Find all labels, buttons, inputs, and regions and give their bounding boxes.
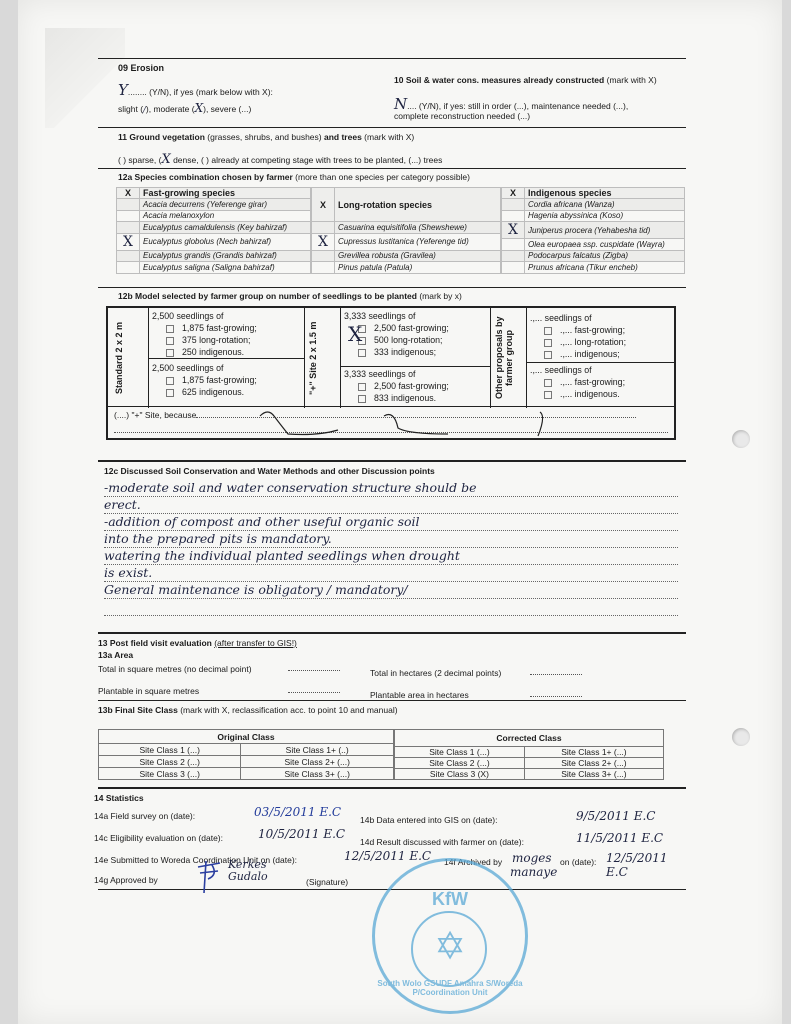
species-name: Eucalyptus camaldulensis (Key bahirzaf)	[140, 222, 311, 234]
species-mark[interactable]: X	[312, 233, 335, 250]
option-text: 833 indigenous.	[374, 393, 436, 403]
swc-title-bold: 10 Soil & water cons. measures already c…	[394, 75, 604, 85]
species-name: Eucalyptus grandis (Grandis bahirzaf)	[140, 250, 311, 262]
species-column-header: Indigenous species	[525, 188, 685, 199]
discussion-line: -moderate soil and water conservation st…	[104, 480, 678, 497]
species-name: Acacia decurrens (Yeferenge girar)	[140, 199, 311, 211]
option-line[interactable]: 2,500 fast-growing;	[344, 380, 449, 392]
swc-line2: complete reconstruction needed (...)	[394, 111, 530, 121]
blank-line[interactable]	[104, 616, 678, 633]
species-column-header: Long-rotation species	[335, 188, 501, 222]
section-09-10: 09 Erosion Y........ (Y/N), if yes (mark…	[98, 58, 686, 127]
gis-entry-date[interactable]: 9/5/2011 E.C	[576, 809, 655, 823]
checkbox-icon[interactable]	[166, 377, 174, 385]
total-sqm-field[interactable]	[288, 670, 340, 671]
species-name: Eucalyptus globolus (Nech bahirzaf)	[140, 233, 311, 250]
swc-line1: .... (Y/N), if yes: still in order (...)…	[407, 101, 628, 111]
vegetation-title-rest: (grasses, shrubs, and bushes)	[207, 132, 321, 142]
species-name: Pinus patula (Patula)	[335, 262, 501, 274]
option-heading: 3,333 seedlings of	[344, 310, 449, 322]
section-13b: 13b Final Site Class (mark with X, recla…	[98, 700, 686, 787]
option-heading: .,... seedlings of	[530, 364, 625, 376]
erosion-answer[interactable]: Y	[118, 81, 128, 99]
species-row[interactable]: Acacia melanoxylon	[117, 210, 311, 222]
plantable-ha-label: Plantable area in hectares	[370, 690, 469, 700]
site-class-row: Site Class 3 (...)Site Class 3+ (...)	[99, 768, 394, 780]
vegetation-options: ( ) sparse, (X dense, ( ) already at com…	[118, 152, 442, 167]
site-class-row: Site Class 2 (...)Site Class 2+ (...)	[99, 756, 394, 768]
eligibility-date[interactable]: 10/5/2011 E.C	[258, 827, 345, 841]
species-name: Cordia africana (Wanza)	[525, 199, 685, 211]
mark-column-header: X	[117, 188, 140, 199]
species-mark[interactable]	[117, 210, 140, 222]
approver-name[interactable]: Kerkes Gudalo	[228, 859, 308, 883]
stamp-logo: KfW	[375, 889, 525, 910]
option-line[interactable]: .,... indigenous.	[530, 388, 625, 400]
species-row[interactable]: Eucalyptus grandis (Grandis bahirzaf)	[117, 250, 311, 262]
species-row[interactable]: Hagenia abyssinica (Koso)	[502, 210, 685, 222]
option-text: 500 long-rotation;	[374, 335, 442, 345]
option-heading: 2,500 seedlings of	[152, 362, 257, 374]
punch-hole	[732, 728, 750, 746]
option-text: 2,500 fast-growing;	[374, 381, 449, 391]
option-line[interactable]: 625 indigenous.	[152, 386, 257, 398]
checkbox-icon[interactable]	[544, 379, 552, 387]
option-text: .,... fast-growing;	[560, 325, 625, 335]
species-name: Grevillea robusta (Gravilea)	[335, 250, 501, 262]
site-class-option[interactable]: Site Class 1+ (...)	[524, 747, 663, 758]
site-class-table: Original Class Site Class 1 (...)Site Cl…	[98, 729, 664, 780]
option-line[interactable]: 1,875 fast-growing;	[152, 374, 257, 386]
option-line[interactable]: 833 indigenous.	[344, 392, 449, 404]
species-mark[interactable]	[117, 250, 140, 262]
species-mark[interactable]	[502, 250, 525, 262]
species-name: Acacia melanoxylon	[140, 210, 311, 222]
original-class-header: Original Class	[99, 730, 394, 744]
species-row[interactable]: Pinus patula (Patula)	[312, 262, 501, 274]
plantable-sqm-field[interactable]	[288, 692, 340, 693]
erosion-severity: slight (/), moderate (X), severe (...)	[118, 101, 251, 115]
post-visit-title-bold: 13 Post field visit evaluation	[98, 638, 212, 648]
option-line[interactable]: .,... long-rotation;	[530, 336, 626, 348]
post-visit-title: 13 Post field visit evaluation (after tr…	[98, 638, 297, 648]
severe-label: ), severe (...)	[203, 104, 251, 114]
species-columns: XFast-growing speciesAcacia decurrens (Y…	[116, 187, 685, 274]
option-line[interactable]: .,... fast-growing;	[530, 376, 625, 388]
site-class-title-bold: 13b Final Site Class	[98, 705, 178, 715]
site-class-option[interactable]: Site Class 1+ (..)	[241, 744, 394, 756]
approver-signature-icon	[194, 855, 226, 895]
vegetation-trees: and trees	[324, 132, 362, 142]
species-mark[interactable]	[312, 222, 335, 234]
checkbox-icon[interactable]	[358, 349, 366, 357]
option-text: 375 long-rotation;	[182, 335, 250, 345]
option-text: 250 indigenous.	[182, 347, 244, 357]
area-title: 13a Area	[98, 650, 133, 660]
option-line[interactable]: .,... indigenous;	[530, 348, 626, 360]
species-name: Prunus africana (Tikur encheb)	[525, 262, 685, 274]
checkbox-icon[interactable]	[544, 327, 552, 335]
species-mark[interactable]	[312, 250, 335, 262]
vegetation-title-bold: 11 Ground vegetation	[118, 132, 205, 142]
vegetation-title: 11 Ground vegetation (grasses, shrubs, a…	[118, 132, 414, 142]
archived-by-name[interactable]: moges	[512, 851, 552, 865]
species-title: 12a Species combination chosen by farmer…	[118, 172, 470, 182]
site-class-option[interactable]: Site Class 1 (...)	[395, 747, 525, 758]
form: 09 Erosion Y........ (Y/N), if yes (mark…	[98, 58, 686, 890]
standard-option-b[interactable]: 2,500 seedlings of1,875 fast-growing;625…	[152, 362, 257, 398]
plantable-sqm-label: Plantable in square metres	[98, 686, 199, 696]
species-row[interactable]: XCupressus lustitanica (Yeferenge tid)	[312, 233, 501, 250]
species-mark[interactable]	[117, 222, 140, 234]
discussion-line: -addition of compost and other useful or…	[104, 514, 678, 531]
plus-option-b[interactable]: 3,333 seedlings of2,500 fast-growing;833…	[344, 368, 449, 404]
species-row[interactable]: Grevillea robusta (Gravilea)	[312, 250, 501, 262]
discussion-line: General maintenance is obligatory / mand…	[104, 582, 678, 599]
approved-by-label: 14g Approved by	[94, 875, 158, 885]
site-class-note: (mark with X, reclassification acc. to p…	[180, 705, 397, 715]
species-name: Eucalyptus saligna (Saligna bahirzaf)	[140, 262, 311, 274]
statistics-title: 14 Statistics	[94, 793, 144, 803]
corrected-class-table: Corrected Class Site Class 1 (...)Site C…	[394, 729, 664, 780]
plus-site-label: "+" Site 2 x 1.5 m	[308, 318, 336, 398]
option-text: 1,875 fast-growing;	[182, 323, 257, 333]
option-text: .,... long-rotation;	[560, 337, 626, 347]
species-mark[interactable]	[502, 199, 525, 211]
archived-by-surname: manaye	[510, 865, 557, 879]
species-row[interactable]: Olea europaea ssp. cuspidate (Wayra)	[502, 239, 685, 251]
discussed-label: 14d Result discussed with farmer on (dat…	[360, 837, 524, 847]
site-class-option[interactable]: Site Class 3 (...)	[99, 768, 241, 780]
species-row[interactable]: Podocarpus falcatus (Zigba)	[502, 250, 685, 262]
checkbox-icon[interactable]	[544, 391, 552, 399]
species-row[interactable]: Eucalyptus saligna (Saligna bahirzaf)	[117, 262, 311, 274]
strike-scribble	[258, 408, 548, 438]
option-line[interactable]: 333 indigenous;	[344, 346, 449, 358]
species-name: Cupressus lustitanica (Yeferenge tid)	[335, 233, 501, 250]
site-class-option[interactable]: Site Class 2 (...)	[99, 756, 241, 768]
section-13a: 13 Post field visit evaluation (after tr…	[98, 632, 686, 700]
species-mark[interactable]	[502, 210, 525, 222]
standard-option-a[interactable]: 2,500 seedlings of1,875 fast-growing;375…	[152, 310, 257, 358]
signature-label: (Signature)	[306, 877, 348, 887]
option-text: 625 indigenous.	[182, 387, 244, 397]
option-line[interactable]: .,... fast-growing;	[530, 324, 626, 336]
total-ha-field[interactable]	[530, 674, 582, 675]
species-row[interactable]: XJuniperus procera (Yehabesha tid)	[502, 222, 685, 239]
option-text: 1,875 fast-growing;	[182, 375, 257, 385]
checkbox-icon[interactable]	[166, 337, 174, 345]
species-mark[interactable]	[312, 262, 335, 274]
checkbox-icon[interactable]	[358, 395, 366, 403]
species-column: XFast-growing speciesAcacia decurrens (Y…	[116, 187, 311, 274]
option-text: 333 indigenous;	[374, 347, 436, 357]
vegetation-note: (mark with X)	[364, 132, 414, 142]
species-mark[interactable]	[502, 262, 525, 274]
discussion-line: into the prepared pits is mandatory.	[104, 531, 678, 548]
erosion-title: 09 Erosion	[118, 63, 164, 73]
discussion-notes[interactable]: -moderate soil and water conservation st…	[104, 480, 678, 633]
site-class-option[interactable]: Site Class 2 (...)	[395, 758, 525, 769]
species-column: XLong-rotation speciesCasuarina equisiti…	[311, 187, 501, 274]
species-row[interactable]: Casuarina equisitifolia (Shewshewe)	[312, 222, 501, 234]
species-row[interactable]: Cordia africana (Wanza)	[502, 199, 685, 211]
discussion-line: erect.	[104, 497, 678, 514]
section-12b: 12b Model selected by farmer group on nu…	[98, 287, 686, 460]
species-mark[interactable]: X	[502, 222, 525, 239]
site-class-option[interactable]: Site Class 1 (...)	[99, 744, 241, 756]
option-heading: .,... seedlings of	[530, 312, 626, 324]
swc-title: 10 Soil & water cons. measures already c…	[394, 75, 657, 85]
total-ha-label: Total in hectares (2 decimal points)	[370, 668, 501, 678]
plus-option-a-mark[interactable]: X	[348, 322, 362, 346]
site-class-row: Site Class 1 (...)Site Class 1+ (...)	[395, 747, 664, 758]
mark-column-header: X	[502, 188, 525, 199]
archived-date[interactable]: 12/5/2011 E.C	[606, 851, 686, 879]
species-row[interactable]: Prunus africana (Tikur encheb)	[502, 262, 685, 274]
eligibility-label: 14c Eligibility evaluation on (date):	[94, 833, 223, 843]
section-14: 14 Statistics 14a Field survey on (date)…	[98, 787, 686, 890]
species-mark[interactable]	[117, 199, 140, 211]
section-11: 11 Ground vegetation (grasses, shrubs, a…	[98, 127, 686, 168]
species-title-bold: 12a Species combination chosen by farmer	[118, 172, 293, 182]
section-12c: 12c Discussed Soil Conservation and Wate…	[98, 460, 686, 632]
option-line[interactable]: 375 long-rotation;	[152, 334, 257, 346]
species-column-header: Fast-growing species	[140, 188, 311, 199]
option-line[interactable]: 1,875 fast-growing;	[152, 322, 257, 334]
species-name: Hagenia abyssinica (Koso)	[525, 210, 685, 222]
other-option-b[interactable]: .,... seedlings of.,... fast-growing;.,.…	[530, 364, 625, 400]
species-row[interactable]: Acacia decurrens (Yeferenge girar)	[117, 199, 311, 211]
species-mark[interactable]	[117, 262, 140, 274]
site-class-option[interactable]: Site Class 3 (X)	[395, 769, 525, 780]
checkbox-icon[interactable]	[544, 339, 552, 347]
moderate-label: ), moderate (	[146, 104, 195, 114]
original-class-table: Original Class Site Class 1 (...)Site Cl…	[98, 729, 394, 780]
species-name: Olea europaea ssp. cuspidate (Wayra)	[525, 239, 685, 251]
site-class-option[interactable]: Site Class 3+ (...)	[241, 768, 394, 780]
model-title: 12b Model selected by farmer group on nu…	[118, 291, 462, 301]
species-mark[interactable]: X	[117, 233, 140, 250]
field-survey-label: 14a Field survey on (date):	[94, 811, 195, 821]
vegetation-rest: dense, ( ) already at competing stage wi…	[171, 155, 443, 165]
total-sqm-label: Total in square metres (no decimal point…	[98, 664, 252, 674]
species-mark[interactable]	[502, 239, 525, 251]
post-visit-note: (after transfer to GIS!)	[214, 638, 297, 648]
corrected-class-header: Corrected Class	[395, 730, 664, 747]
site-class-row: Site Class 1 (...)Site Class 1+ (..)	[99, 744, 394, 756]
species-row[interactable]: XEucalyptus globolus (Nech bahirzaf)	[117, 233, 311, 250]
discussion-title: 12c Discussed Soil Conservation and Wate…	[104, 466, 435, 476]
option-text: 2,500 fast-growing;	[374, 323, 449, 333]
erosion-line1: ........ (Y/N), if yes (mark below with …	[128, 87, 273, 97]
discussed-date[interactable]: 11/5/2011 E.C	[576, 831, 663, 845]
other-proposals-label: Other proposals by farmer group	[494, 314, 522, 402]
option-text: .,... indigenous;	[560, 349, 620, 359]
dense-mark[interactable]: X	[161, 152, 170, 167]
species-note: (more than one species per category poss…	[295, 172, 470, 182]
because-label: (....) "+" Site, because	[114, 410, 196, 420]
checkbox-icon[interactable]	[166, 389, 174, 397]
option-text: .,... indigenous.	[560, 389, 620, 399]
species-name: Casuarina equisitifolia (Shewshewe)	[335, 222, 501, 234]
option-heading: 3,333 seedlings of	[344, 368, 449, 380]
submitted-date[interactable]: 12/5/2011 E.C	[344, 849, 431, 863]
species-name: Juniperus procera (Yehabesha tid)	[525, 222, 685, 239]
other-option-a[interactable]: .,... seedlings of.,... fast-growing;.,.…	[530, 312, 626, 360]
kfw-stamp: KfW ✡ South Wolo GSUDF Amahra S/Woreda P…	[372, 858, 528, 1014]
stamp-text: South Wolo GSUDF Amahra S/Woreda P/Coord…	[375, 979, 525, 997]
species-row[interactable]: Eucalyptus camaldulensis (Key bahirzaf)	[117, 222, 311, 234]
standard-label: Standard 2 x 2 m	[114, 318, 142, 398]
site-class-option[interactable]: Site Class 2+ (...)	[524, 758, 663, 769]
section-12a: 12a Species combination chosen by farmer…	[98, 168, 686, 287]
species-column: XIndigenous speciesCordia africana (Wanz…	[501, 187, 685, 274]
slight-label: slight (	[118, 104, 143, 114]
option-heading: 2,500 seedlings of	[152, 310, 257, 322]
gis-entry-label: 14b Data entered into GIS on (date):	[360, 815, 498, 825]
option-text: .,... fast-growing;	[560, 377, 625, 387]
site-class-row: Site Class 3 (X)Site Class 3+ (...)	[395, 769, 664, 780]
model-note: (mark by x)	[419, 291, 462, 301]
star-icon: ✡	[375, 927, 525, 967]
checkbox-icon[interactable]	[358, 383, 366, 391]
site-class-row: Site Class 2 (...)Site Class 2+ (...)	[395, 758, 664, 769]
erosion-yn: Y........ (Y/N), if yes (mark below with…	[118, 81, 273, 99]
option-line[interactable]: 250 indigenous.	[152, 346, 257, 358]
checkbox-icon[interactable]	[544, 351, 552, 359]
checkbox-icon[interactable]	[166, 349, 174, 357]
site-class-option[interactable]: Site Class 2+ (...)	[241, 756, 394, 768]
vegetation-sparse: ( ) sparse, (	[118, 155, 161, 165]
site-class-option[interactable]: Site Class 3+ (...)	[524, 769, 663, 780]
species-name: Podocarpus falcatus (Zigba)	[525, 250, 685, 262]
checkbox-icon[interactable]	[166, 325, 174, 333]
model-title-bold: 12b Model selected by farmer group on nu…	[118, 291, 417, 301]
plantable-ha-field[interactable]	[530, 696, 582, 697]
discussion-line: is exist.	[104, 565, 678, 582]
swc-title-note: (mark with X)	[607, 75, 657, 85]
model-table: Standard 2 x 2 m "+" Site 2 x 1.5 m Othe…	[106, 306, 676, 440]
blank-line[interactable]	[104, 599, 678, 616]
punch-hole	[732, 430, 750, 448]
discussion-line: watering the individual planted seedling…	[104, 548, 678, 565]
archived-on-label: on (date):	[560, 857, 596, 867]
site-class-title: 13b Final Site Class (mark with X, recla…	[98, 705, 398, 715]
moderate-mark[interactable]: X	[195, 101, 204, 115]
mark-column-header: X	[312, 188, 335, 222]
field-survey-date[interactable]: 03/5/2011 E.C	[254, 805, 341, 819]
